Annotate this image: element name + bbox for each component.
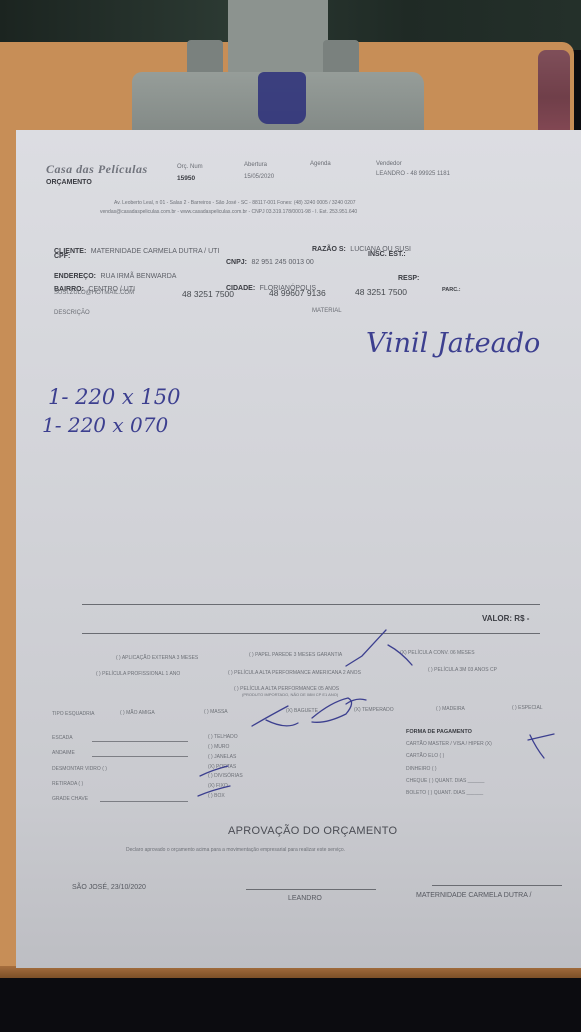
pen-checkmarks: [16, 130, 581, 968]
clip-ink-mark: [258, 72, 306, 124]
quote-document: Casa das Películas ORÇAMENTO Orç. Num 15…: [16, 130, 581, 968]
